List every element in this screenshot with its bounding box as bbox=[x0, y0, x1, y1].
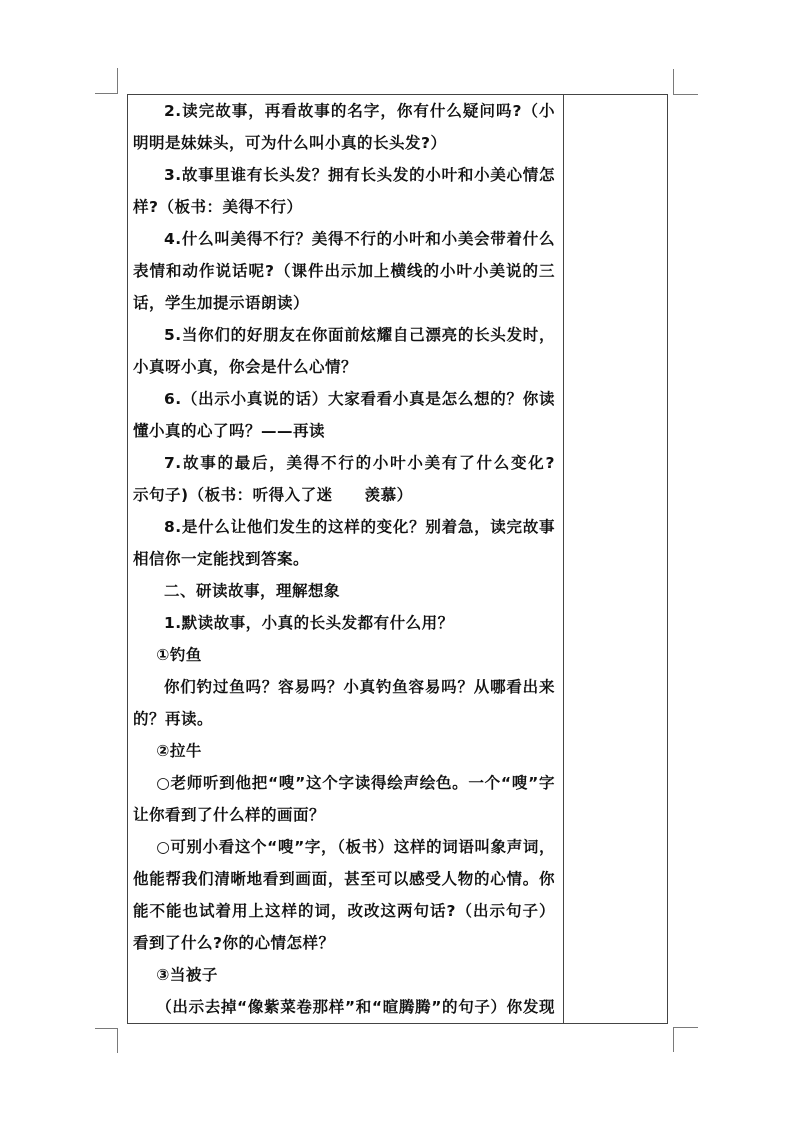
text-line: 相信你一定能找到答案。 bbox=[133, 543, 555, 575]
text-line: 能不能也试着用上这样的词，改改这两句话?（出示句子）你 bbox=[133, 895, 555, 927]
text-line: （出示去掉“像紫菜卷那样”和“暄腾腾”的句子）你发现 bbox=[133, 991, 555, 1023]
lesson-content-cell: 2.读完故事，再看故事的名字，你有什么疑问吗?（小真明明是妹妹头，可为什么叫小真… bbox=[128, 95, 564, 1023]
text-line: 表情和动作说话呢?（课件出示加上横线的小叶小美说的三句 bbox=[133, 255, 555, 287]
text-line: 让你看到了什么样的画面？ bbox=[133, 799, 555, 831]
text-line: 的？再读。 bbox=[133, 703, 555, 735]
annotation-column-empty bbox=[564, 95, 667, 1023]
text-line: ③当被子 bbox=[133, 959, 555, 991]
text-line: ○老师听到他把“嗖”这个字读得绘声绘色。一个“嗖”字 bbox=[133, 767, 555, 799]
document-page: 2.读完故事，再看故事的名字，你有什么疑问吗?（小真明明是妹妹头，可为什么叫小真… bbox=[0, 0, 794, 1123]
crop-mark-top-left-icon bbox=[95, 68, 118, 94]
text-line: ①钓鱼 bbox=[133, 639, 555, 671]
text-line: 7.故事的最后，美得不行的小叶小美有了什么变化?（出 bbox=[133, 447, 555, 479]
text-line: 二、研读故事，理解想象 bbox=[133, 575, 555, 607]
text-line: 8.是什么让他们发生的这样的变化？别着急，读完故事 bbox=[133, 511, 555, 543]
text-line: ②拉牛 bbox=[133, 735, 555, 767]
text-line: 懂小真的心了吗？——再读 bbox=[133, 415, 555, 447]
lesson-plan-table: 2.读完故事，再看故事的名字，你有什么疑问吗?（小真明明是妹妹头，可为什么叫小真… bbox=[127, 94, 668, 1024]
text-line: 4.什么叫美得不行？美得不行的小叶和小美会带着什么 bbox=[133, 223, 555, 255]
text-line: 话，学生加提示语朗读） bbox=[133, 287, 555, 319]
text-line: 小真呀小真，你会是什么心情？ bbox=[133, 351, 555, 383]
crop-mark-top-right-icon bbox=[673, 69, 698, 95]
text-line: 他能帮我们清晰地看到画面，甚至可以感受人物的心情。你 bbox=[133, 863, 555, 895]
text-line: 你们钓过鱼吗？容易吗？小真钓鱼容易吗？从哪看出来 bbox=[133, 671, 555, 703]
text-line: 示句子)（板书：听得入了迷 羡慕） bbox=[133, 479, 555, 511]
text-line: ○可别小看这个“嗖”字，（板书）这样的词语叫象声词， bbox=[133, 831, 555, 863]
text-line: 6.（出示小真说的话）大家看看小真是怎么想的？你读 bbox=[133, 383, 555, 415]
lesson-text-block: 2.读完故事，再看故事的名字，你有什么疑问吗?（小真明明是妹妹头，可为什么叫小真… bbox=[133, 95, 555, 1023]
text-line: 明明是妹妹头，可为什么叫小真的长头发?） bbox=[133, 127, 555, 159]
text-line: 3.故事里谁有长头发？拥有长头发的小叶和小美心情怎 bbox=[133, 159, 555, 191]
crop-mark-bottom-left-icon bbox=[95, 1028, 118, 1053]
text-line: 5.当你们的好朋友在你面前炫耀自己漂亮的长头发时， bbox=[133, 319, 555, 351]
text-line: 2.读完故事，再看故事的名字，你有什么疑问吗?（小真 bbox=[133, 95, 555, 127]
text-line: 样?（板书：美得不行） bbox=[133, 191, 555, 223]
text-line: 看到了什么?你的心情怎样？ bbox=[133, 927, 555, 959]
crop-mark-bottom-right-icon bbox=[673, 1027, 698, 1052]
text-line: 1.默读故事，小真的长头发都有什么用？ bbox=[133, 607, 555, 639]
